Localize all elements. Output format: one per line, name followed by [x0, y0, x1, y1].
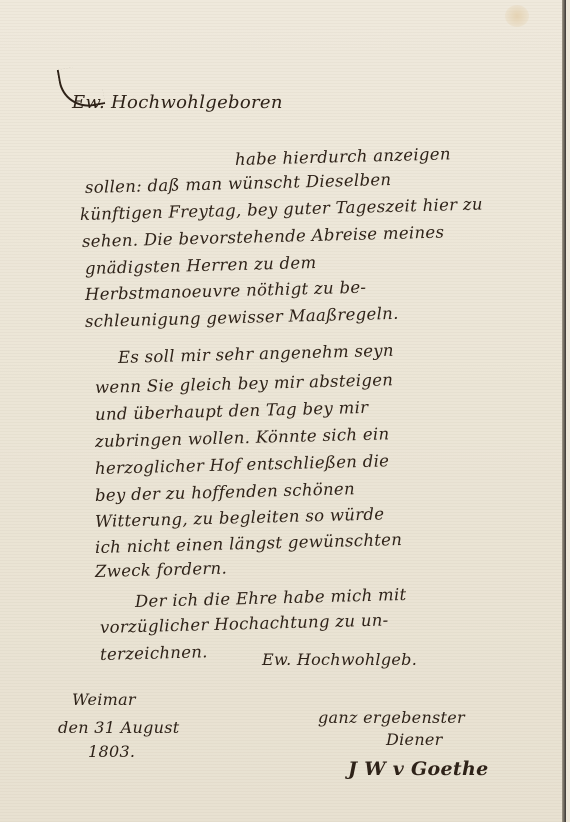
paper-stain — [505, 5, 529, 27]
body-line: Herbstmanoeuvre nöthigt zu be- — [85, 278, 367, 304]
body-line: ich nicht einen längst gewünschten — [95, 530, 403, 557]
body-line: habe hierdurch anzeigen — [235, 144, 451, 169]
body-line: und überhaupt den Tag bey mir — [95, 398, 369, 424]
body-line: Witterung, zu begleiten so würde — [95, 504, 385, 531]
body-line: sollen: daß man wünscht Dieselben — [85, 170, 392, 197]
signature: J W v Goethe — [348, 758, 488, 780]
page-edge — [562, 0, 566, 822]
body-line: Es soll mir sehr angenehm seyn — [118, 341, 394, 367]
year: 1803. — [88, 742, 135, 761]
body-line: wenn Sie gleich bey mir absteigen — [95, 370, 394, 397]
body-line: schleunigung gewisser Maaßregeln. — [85, 304, 399, 331]
body-line: bey der zu hoffenden schönen — [95, 479, 355, 505]
body-line: terzeichnen. — [100, 642, 208, 664]
body-line: Der ich die Ehre habe mich mit — [135, 585, 407, 611]
valediction-servant: Diener — [386, 730, 443, 749]
date-line: den 31 August — [58, 718, 180, 737]
body-line: künftigen Freytag, bey guter Tageszeit h… — [80, 194, 483, 224]
salutation: Ew. Hochwohlgeboren — [72, 92, 283, 113]
closing-address: Ew. Hochwohlgeb. — [262, 650, 417, 669]
body-line: sehen. Die bevorstehende Abreise meines — [82, 223, 445, 251]
body-line: zubringen wollen. Könnte sich ein — [95, 424, 390, 451]
place: Weimar — [72, 690, 136, 709]
valediction: ganz ergebenster — [318, 708, 465, 727]
body-line: Zweck fordern. — [95, 559, 228, 581]
letter-sheet: Ew. Hochwohlgeboren habe hierdurch anzei… — [0, 0, 566, 822]
body-line: gnädigsten Herren zu dem — [85, 253, 317, 278]
salutation-flourish — [57, 63, 106, 112]
body-line: herzoglicher Hof entschließen die — [95, 451, 390, 478]
body-line: vorzüglicher Hochachtung zu un- — [100, 610, 389, 637]
